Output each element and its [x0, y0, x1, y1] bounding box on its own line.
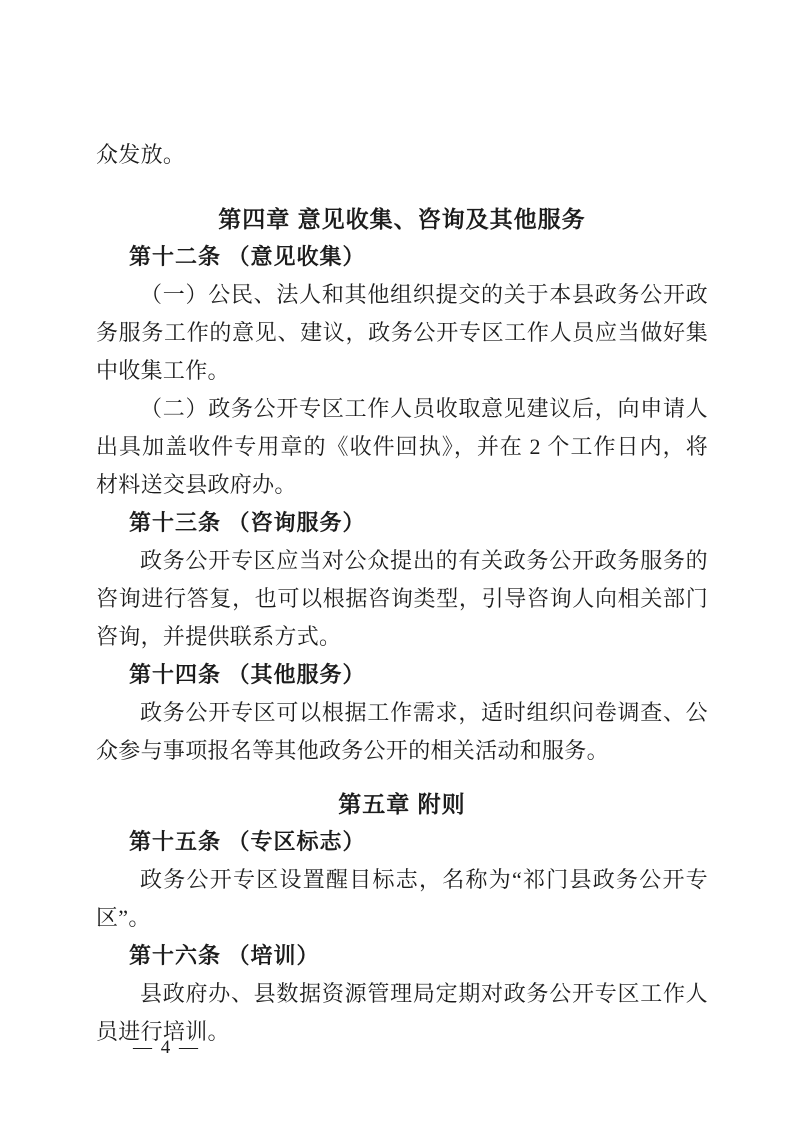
paragraph: 政务公开专区可以根据工作需求，适时组织问卷调查、公众参与事项报名等其他政务公开的… — [96, 694, 708, 770]
article-heading-12: 第十二条 （意见收集） — [96, 238, 708, 276]
page-number: — 4 — — [133, 1036, 200, 1060]
document-content: 众发放。 第四章 意见收集、咨询及其他服务 第十二条 （意见收集） （一）公民、… — [96, 136, 708, 1051]
paragraph: 政务公开专区设置醒目标志，名称为“祁门县政务公开专区”。 — [96, 861, 708, 937]
paragraph-continued: 众发放。 — [96, 136, 708, 174]
paragraph: 政务公开专区应当对公众提出的有关政务公开政务服务的咨询进行答复，也可以根据咨询类… — [96, 542, 708, 656]
paragraph: （二）政务公开专区工作人员收取意见建议后，向申请人出具加盖收件专用章的《收件回执… — [96, 390, 708, 504]
article-heading-14: 第十四条 （其他服务） — [96, 656, 708, 694]
chapter-heading-4: 第四章 意见收集、咨询及其他服务 — [96, 200, 708, 238]
chapter-heading-5: 第五章 附则 — [96, 785, 708, 823]
document-page: 众发放。 第四章 意见收集、咨询及其他服务 第十二条 （意见收集） （一）公民、… — [0, 0, 793, 1122]
article-heading-13: 第十三条 （咨询服务） — [96, 504, 708, 542]
article-heading-16: 第十六条 （培训） — [96, 937, 708, 975]
article-heading-15: 第十五条 （专区标志） — [96, 823, 708, 861]
paragraph: （一）公民、法人和其他组织提交的关于本县政务公开政务服务工作的意见、建议，政务公… — [96, 276, 708, 390]
